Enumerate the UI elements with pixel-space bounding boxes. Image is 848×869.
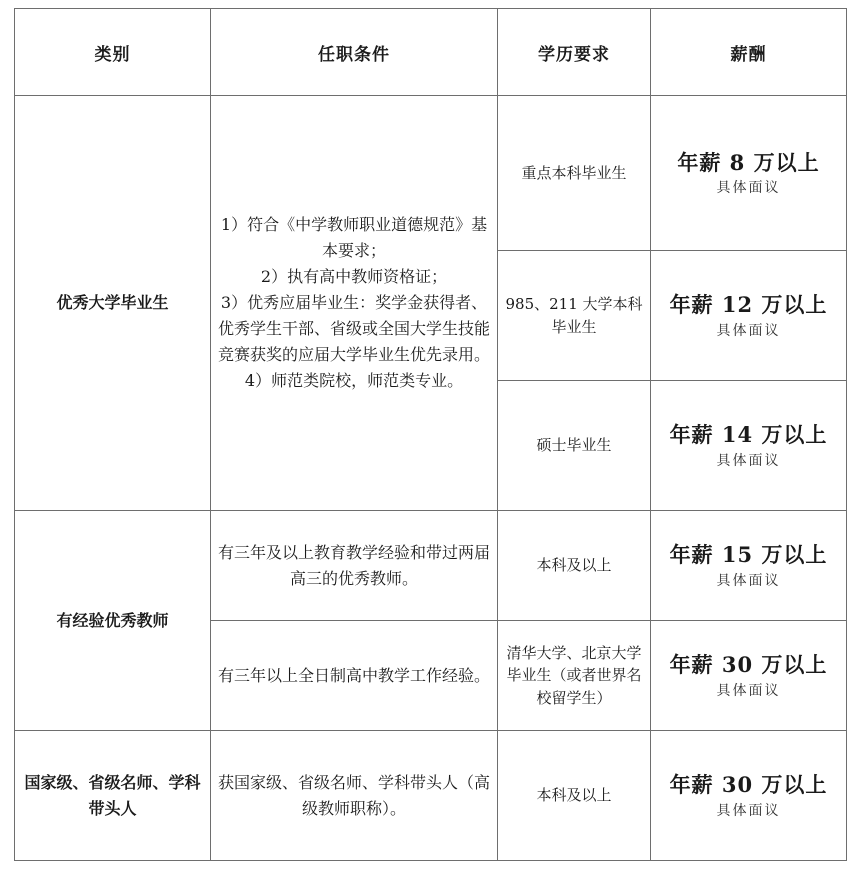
requirements-master-teachers: 获国家级、省级名师、学科带头人（高级教师职称）。: [211, 731, 498, 861]
header-education: 学历要求: [498, 9, 651, 96]
salary-amount: 年薪 14 万以上: [657, 421, 840, 448]
salary-note: 具体面议: [657, 177, 840, 197]
education-bachelor-above-2: 本科及以上: [498, 731, 651, 861]
header-salary: 薪酬: [651, 9, 847, 96]
salary-cell: 年薪 30 万以上 具体面议: [651, 621, 847, 731]
category-master-teachers: 国家级、省级名师、学科带头人: [15, 731, 211, 861]
header-category: 类别: [15, 9, 211, 96]
salary-amount: 年薪 30 万以上: [657, 771, 840, 798]
requirements-outstanding-graduates: 1）符合《中学教师职业道德规范》基本要求； 2）执有高中教师资格证； 3）优秀应…: [211, 96, 498, 511]
requirements-experienced-3yr: 有三年及以上教育教学经验和带过两届高三的优秀教师。: [211, 511, 498, 621]
education-985-211: 985、211 大学本科毕业生: [498, 251, 651, 381]
requirements-fulltime-highschool: 有三年以上全日制高中教学工作经验。: [211, 621, 498, 731]
salary-note: 具体面议: [657, 320, 840, 340]
table-row: 国家级、省级名师、学科带头人 获国家级、省级名师、学科带头人（高级教师职称）。 …: [15, 731, 847, 861]
salary-cell: 年薪 12 万以上 具体面议: [651, 251, 847, 381]
education-bachelor-above: 本科及以上: [498, 511, 651, 621]
education-key-universities: 重点本科毕业生: [498, 96, 651, 251]
salary-note: 具体面议: [657, 450, 840, 470]
salary-cell: 年薪 15 万以上 具体面议: [651, 511, 847, 621]
table-row: 有经验优秀教师 有三年及以上教育教学经验和带过两届高三的优秀教师。 本科及以上 …: [15, 511, 847, 621]
salary-amount: 年薪 15 万以上: [657, 541, 840, 568]
salary-note: 具体面议: [657, 570, 840, 590]
salary-cell: 年薪 8 万以上 具体面议: [651, 96, 847, 251]
recruitment-table-page: 类别 任职条件 学历要求 薪酬 优秀大学毕业生 1）符合《中学教师职业道德规范》…: [0, 0, 848, 869]
salary-cell: 年薪 30 万以上 具体面议: [651, 731, 847, 861]
recruitment-table: 类别 任职条件 学历要求 薪酬 优秀大学毕业生 1）符合《中学教师职业道德规范》…: [14, 8, 847, 861]
salary-note: 具体面议: [657, 680, 840, 700]
category-experienced-teachers: 有经验优秀教师: [15, 511, 211, 731]
salary-note: 具体面议: [657, 800, 840, 820]
salary-amount: 年薪 30 万以上: [657, 651, 840, 678]
table-header-row: 类别 任职条件 学历要求 薪酬: [15, 9, 847, 96]
header-requirements: 任职条件: [211, 9, 498, 96]
education-masters: 硕士毕业生: [498, 381, 651, 511]
salary-amount: 年薪 8 万以上: [657, 149, 840, 176]
salary-cell: 年薪 14 万以上 具体面议: [651, 381, 847, 511]
table-row: 优秀大学毕业生 1）符合《中学教师职业道德规范》基本要求； 2）执有高中教师资格…: [15, 96, 847, 251]
salary-amount: 年薪 12 万以上: [657, 291, 840, 318]
education-tsinghua-peking: 清华大学、北京大学毕业生（或者世界名校留学生）: [498, 621, 651, 731]
category-outstanding-graduates: 优秀大学毕业生: [15, 96, 211, 511]
